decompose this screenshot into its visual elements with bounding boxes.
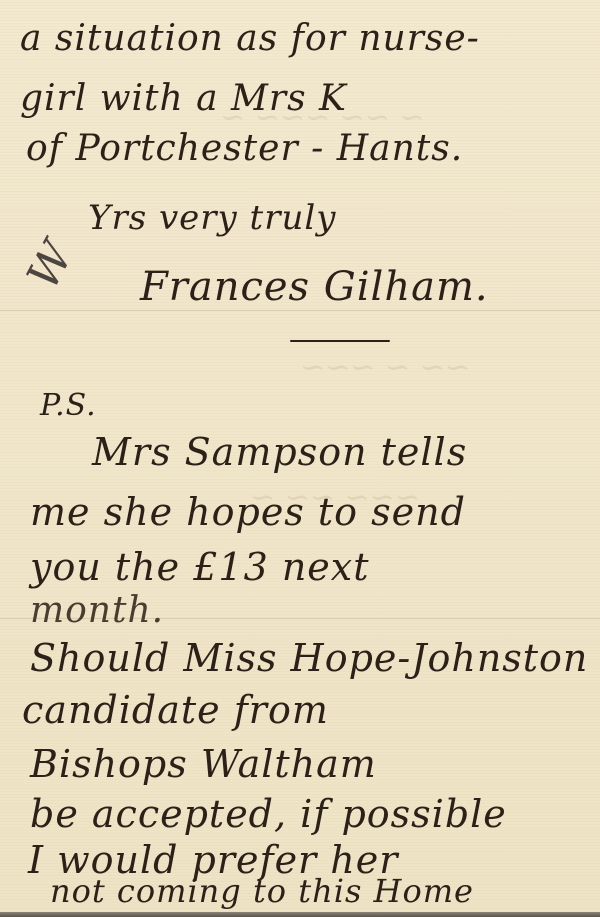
bleed-through-text: ~~ ~ ~~~ bbox=[300, 350, 470, 385]
closing-salutation: Yrs very truly bbox=[88, 198, 336, 238]
letter-line: not coming to this Home bbox=[50, 872, 474, 910]
scan-bottom-edge bbox=[0, 912, 600, 917]
letter-line: Should Miss Hope-Johnston bbox=[30, 636, 588, 680]
signature-flourish bbox=[290, 340, 390, 342]
postscript-label: P.S. bbox=[40, 388, 97, 423]
letter-page: ~ ~~ ~~~ ~ ~~ ~ ~~~ ~~~ ~~ ~ a situation… bbox=[0, 0, 600, 912]
letter-line: Mrs Sampson tells bbox=[92, 430, 467, 474]
letter-line: me she hopes to send bbox=[30, 490, 466, 534]
letter-line: month. bbox=[30, 590, 164, 631]
letter-line: a situation as for nurse- bbox=[20, 18, 480, 59]
letter-line: candidate from bbox=[22, 688, 329, 732]
letter-line: of Portchester - Hants. bbox=[26, 128, 463, 169]
paper-fold bbox=[0, 310, 600, 311]
margin-mark: W bbox=[17, 234, 83, 298]
letter-line: you the £13 next bbox=[30, 545, 369, 589]
signature: Frances Gilham. bbox=[140, 264, 489, 310]
letter-line: girl with a Mrs K bbox=[20, 78, 347, 119]
letter-line: Bishops Waltham bbox=[30, 742, 377, 786]
letter-line: be accepted, if possible bbox=[30, 792, 507, 836]
